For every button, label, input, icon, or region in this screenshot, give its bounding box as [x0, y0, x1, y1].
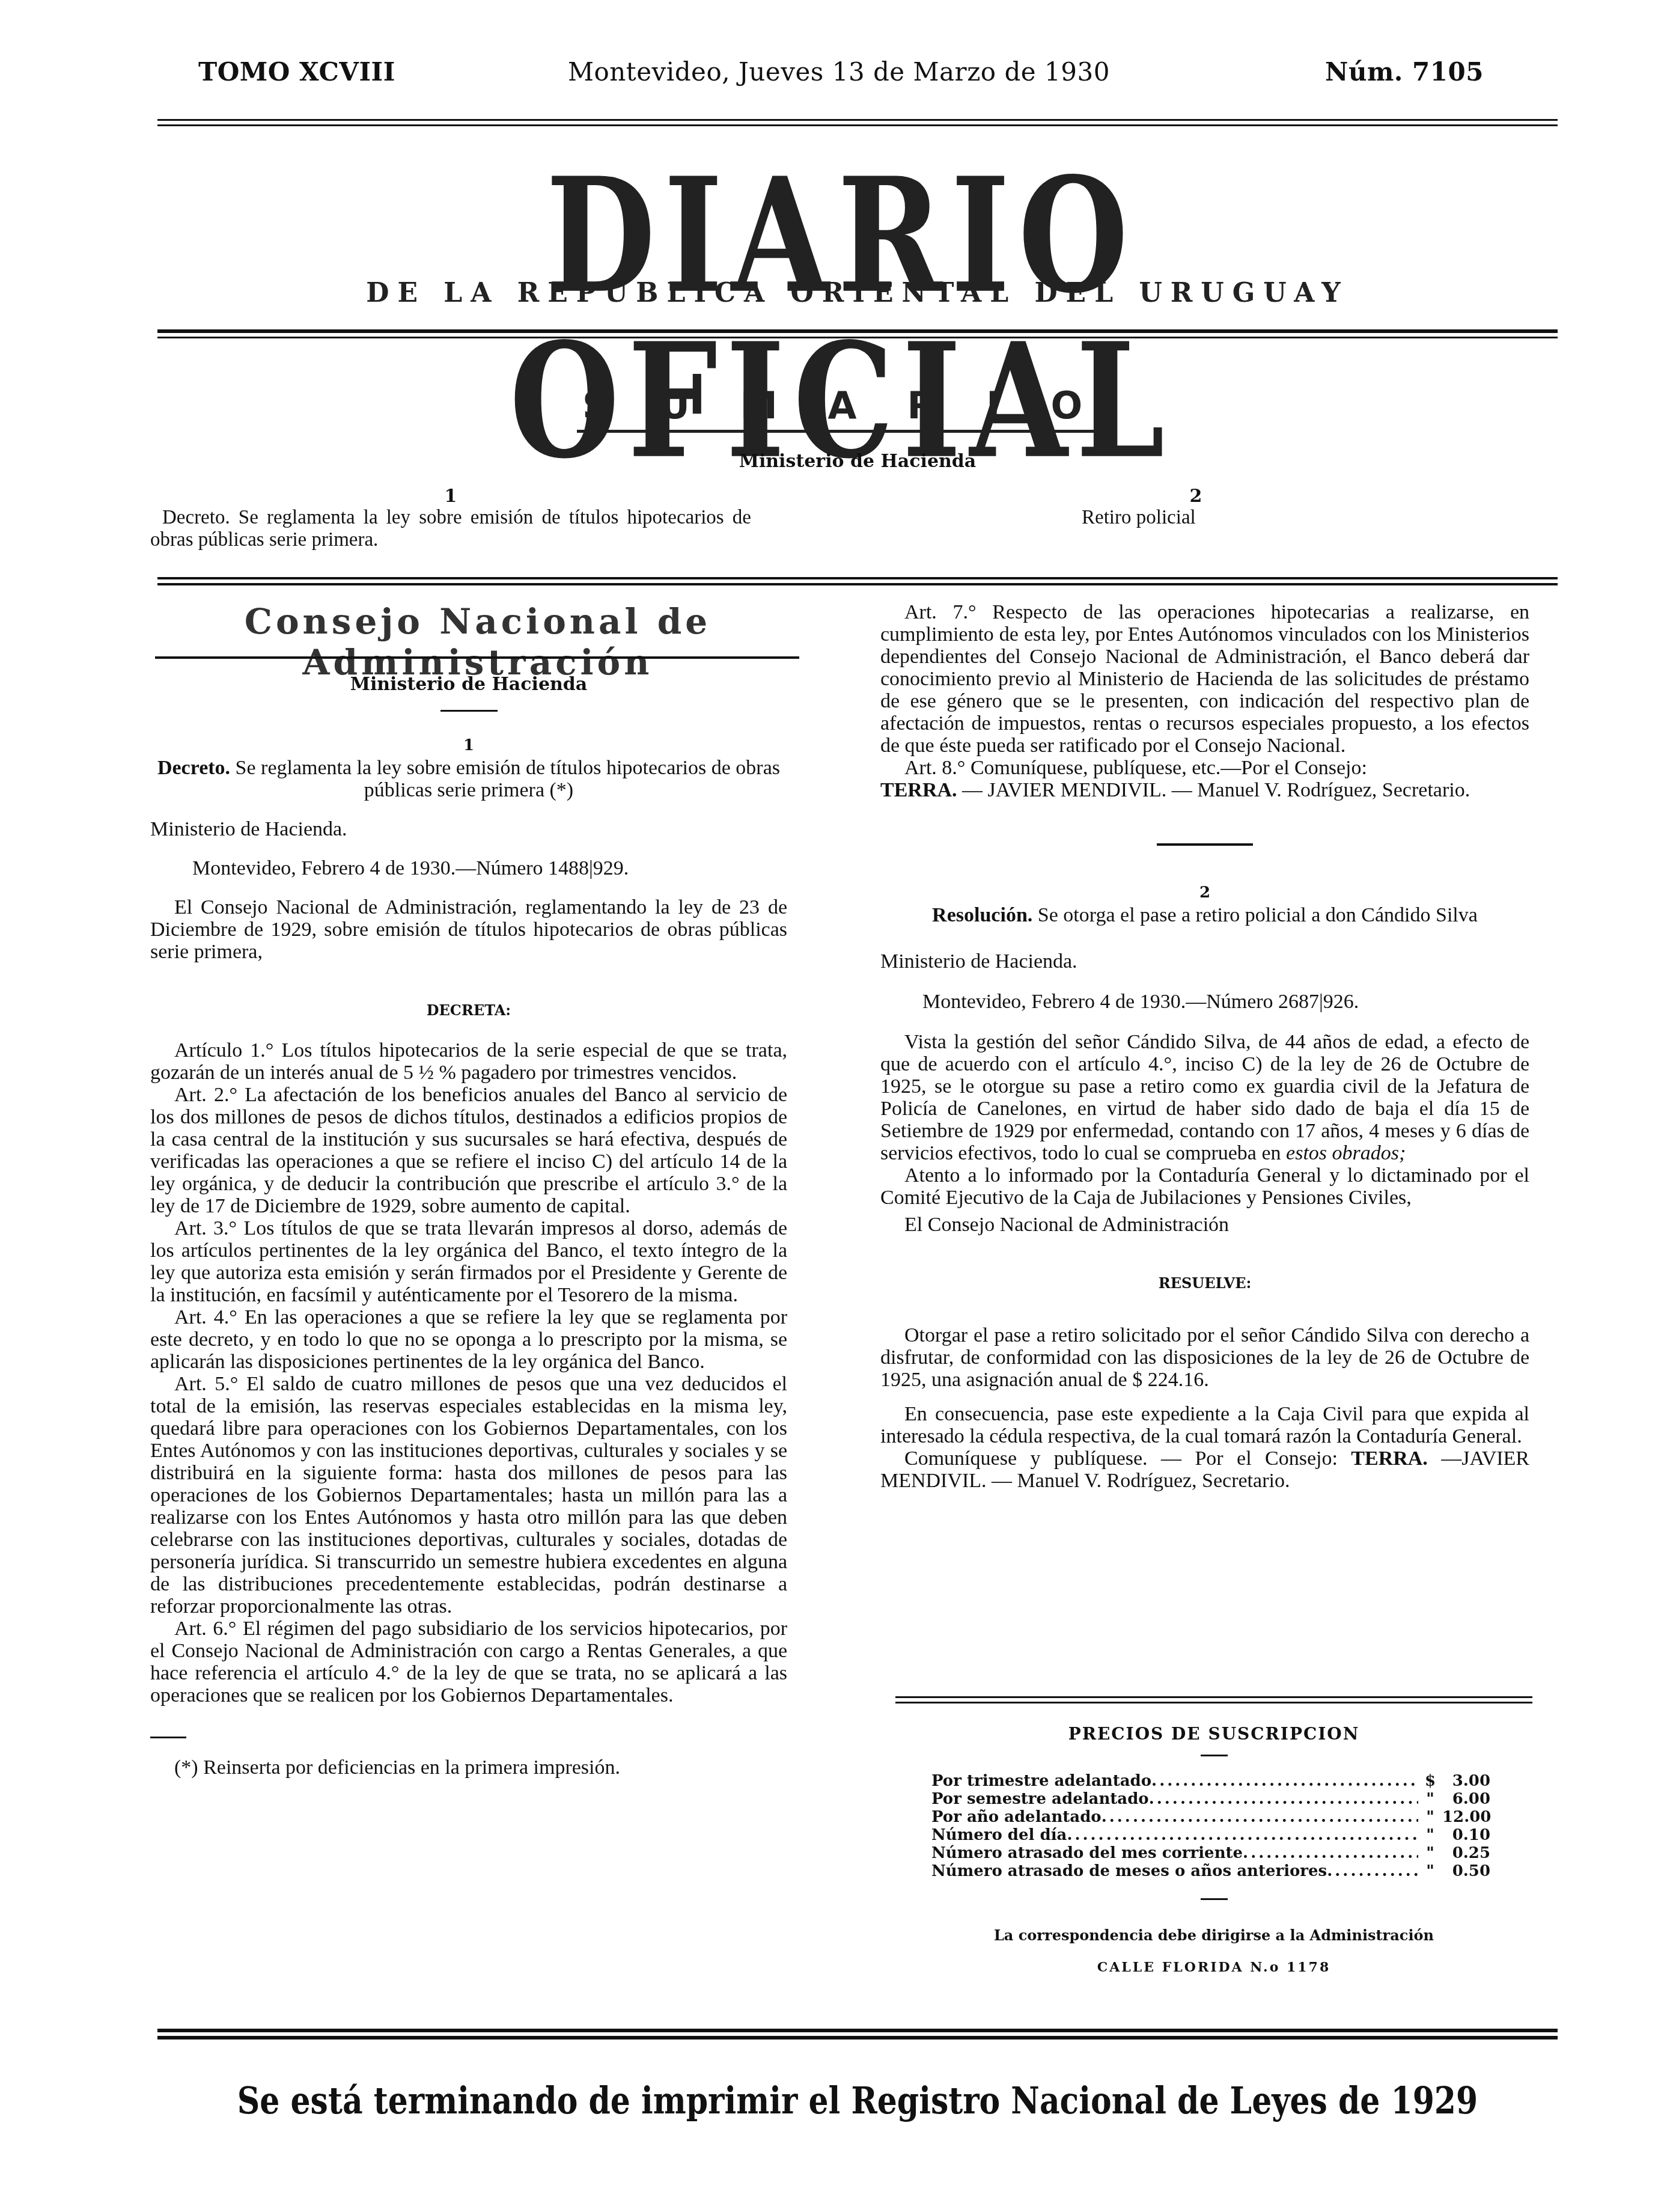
- leader-dots: ........................................…: [1149, 1790, 1418, 1808]
- resuelve-heading: RESUELVE:: [880, 1272, 1529, 1294]
- sumario-rule: [577, 430, 1109, 433]
- price-value: 0.50: [1442, 1862, 1490, 1880]
- price-row: Número atrasado de meses o años anterior…: [931, 1862, 1490, 1880]
- leader-dots: ........................................…: [1067, 1826, 1418, 1844]
- price-label: Por semestre adelantado: [931, 1790, 1149, 1808]
- article: Art. 3.° Los títulos de que se trata lle…: [150, 1217, 787, 1306]
- article: Art. 7.° Respecto de las operaciones hip…: [880, 601, 1529, 757]
- price-row: Por semestre adelantado ................…: [931, 1790, 1490, 1808]
- article: Art. 8.° Comuníquese, publíquese, etc.—P…: [880, 757, 1529, 779]
- decree-label: Decreto.: [157, 757, 230, 779]
- price-label: Número atrasado del mes corriente: [931, 1844, 1243, 1862]
- ministry-line: Ministerio de Hacienda.: [880, 950, 1529, 973]
- right-column: Art. 7.° Respecto de las operaciones hip…: [880, 601, 1529, 1492]
- resolution-title-text: Se otorga el pase a retiro policial a do…: [1038, 904, 1478, 926]
- sumario-ministry: Ministerio de Hacienda: [157, 451, 1558, 472]
- price-currency: $: [1418, 1772, 1442, 1790]
- ministry-line: Ministerio de Hacienda.: [150, 818, 787, 840]
- price-value: 12.00: [1442, 1808, 1490, 1826]
- leader-dots: ........................................…: [1243, 1844, 1418, 1862]
- item-number: 2: [880, 882, 1529, 904]
- sumario-item-number: 1: [150, 486, 751, 507]
- section-title-rule: [155, 656, 799, 659]
- price-value: 3.00: [1442, 1772, 1490, 1790]
- price-value: 0.25: [1442, 1844, 1490, 1862]
- signature-terra: TERRA.: [1351, 1447, 1428, 1470]
- issue-date: Montevideo, Jueves 13 de Marzo de 1930: [568, 57, 1110, 87]
- price-table: Por trimestre adelantado ...............…: [895, 1772, 1532, 1880]
- footer-banner: Se está terminando de imprimir el Regist…: [157, 2079, 1558, 2123]
- volume-label: TOMO XCVIII: [198, 57, 395, 87]
- divider: [440, 710, 498, 712]
- footnote: (*) Reinserta por deficiencias en la pri…: [150, 1756, 787, 1779]
- sumario-item-1[interactable]: 1 Decreto. Se reglamenta la ley sobre em…: [150, 486, 751, 551]
- resolution-title: Resolución. Se otorga el pase a retiro p…: [880, 904, 1529, 926]
- leader-dots: ........................................…: [1151, 1772, 1418, 1790]
- leader-dots: ........................................…: [1102, 1808, 1418, 1826]
- decree-title: Decreto. Se reglamenta la ley sobre emis…: [150, 757, 787, 801]
- vista-text: Vista la gestión del señor Cándido Silva…: [880, 1031, 1529, 1164]
- signature-terra: TERRA.: [880, 779, 957, 801]
- correspondence-note: La correspondencia debe dirigirse a la A…: [895, 1926, 1532, 1944]
- article: Art. 6.° El régimen del pago subsidiario…: [150, 1618, 787, 1706]
- decree-title-text: Se reglamenta la ley sobre emisión de tí…: [236, 757, 780, 801]
- leader-dots: ........................................…: [1327, 1862, 1418, 1880]
- issue-number: Núm. 7105: [1325, 57, 1484, 87]
- header-line: TOMO XCVIII Montevideo, Jueves 13 de Mar…: [0, 57, 1673, 111]
- section-rule: [157, 577, 1558, 589]
- signature-rest: — JAVIER MENDIVIL. — Manuel V. Rodríguez…: [962, 779, 1470, 801]
- footnote-rule: [150, 1737, 186, 1738]
- preamble: El Consejo Nacional de Administración, r…: [150, 896, 787, 963]
- articles-list: Artículo 1.° Los títulos hipotecarios de…: [150, 1039, 787, 1706]
- sumario-item-2[interactable]: 2 Retiro policial: [1082, 486, 1310, 529]
- sumario-item-text: Retiro policial: [1082, 507, 1310, 529]
- article: Art. 4.° En las operaciones a que se ref…: [150, 1306, 787, 1373]
- resolution-label: Resolución.: [932, 904, 1032, 926]
- masthead-subtitle: DE LA REPUBLICA ORIENTAL DEL URUGUAY: [157, 278, 1558, 308]
- header-rule: [157, 119, 1558, 130]
- date-line: Montevideo, Febrero 4 de 1930.—Número 14…: [150, 857, 787, 879]
- vista-italic: estos obrados;: [1286, 1142, 1406, 1164]
- subscription-prices: PRECIOS DE SUSCRIPCION Por trimestre ade…: [895, 1724, 1532, 1975]
- section-title: Consejo Nacional de Administración: [159, 601, 796, 683]
- price-label: Por año adelantado: [931, 1808, 1102, 1826]
- sumario-item-text: Decreto. Se reglamenta la ley sobre emis…: [150, 507, 751, 551]
- prices-title: PRECIOS DE SUSCRIPCION: [895, 1724, 1532, 1744]
- sumario-title: SUMARIO: [157, 383, 1558, 427]
- atento-paragraph: Atento a lo informado por la Contaduría …: [880, 1164, 1529, 1209]
- price-label: Número atrasado de meses o años anterior…: [931, 1862, 1327, 1880]
- price-value: 0.10: [1442, 1826, 1490, 1844]
- masthead-rule: [157, 329, 1558, 342]
- sumario-item-number: 2: [1082, 486, 1310, 507]
- price-row: Número atrasado del mes corriente ......…: [931, 1844, 1490, 1862]
- divider: [1157, 843, 1253, 846]
- price-label: Número del día: [931, 1826, 1067, 1844]
- prices-rule: [895, 1696, 1532, 1707]
- price-currency: ": [1418, 1862, 1442, 1880]
- consecuencia-paragraph: En consecuencia, pase este expediente a …: [880, 1403, 1529, 1447]
- divider: [1201, 1898, 1228, 1900]
- signatures: TERRA. — JAVIER MENDIVIL. — Manuel V. Ro…: [880, 779, 1529, 801]
- article: Art. 5.° El saldo de cuatro millones de …: [150, 1373, 787, 1618]
- otorgar-paragraph: Otorgar el pase a retiro solicitado por …: [880, 1324, 1529, 1391]
- vista-paragraph: Vista la gestión del señor Cándido Silva…: [880, 1031, 1529, 1164]
- consejo-line: El Consejo Nacional de Administración: [880, 1214, 1529, 1236]
- price-value: 6.00: [1442, 1790, 1490, 1808]
- closing: Comuníquese y publíquese. — Por el Conse…: [880, 1447, 1529, 1492]
- price-row: Por trimestre adelantado ...............…: [931, 1772, 1490, 1790]
- admin-address: CALLE FLORIDA N.o 1178: [895, 1960, 1532, 1975]
- article: Artículo 1.° Los títulos hipotecarios de…: [150, 1039, 787, 1084]
- price-currency: ": [1418, 1808, 1442, 1826]
- price-label: Por trimestre adelantado: [931, 1772, 1151, 1790]
- left-column: Ministerio de Hacienda 1 Decreto. Se reg…: [150, 673, 787, 1779]
- price-row: Por año adelantado .....................…: [931, 1808, 1490, 1826]
- price-row: Número del día .........................…: [931, 1826, 1490, 1844]
- date-line: Montevideo, Febrero 4 de 1930.—Número 26…: [880, 991, 1529, 1013]
- divider: [1201, 1755, 1228, 1756]
- footer-rule: [157, 2029, 1558, 2043]
- item-number: 1: [150, 735, 787, 757]
- price-currency: ": [1418, 1844, 1442, 1862]
- decreta-heading: DECRETA:: [150, 999, 787, 1021]
- price-currency: ": [1418, 1826, 1442, 1844]
- ministry-heading: Ministerio de Hacienda: [150, 673, 787, 695]
- price-currency: ": [1418, 1790, 1442, 1808]
- comuniquese-text: Comuníquese y publíquese. — Por el Conse…: [904, 1447, 1338, 1470]
- article: Art. 2.° La afectación de los beneficios…: [150, 1084, 787, 1217]
- masthead-title: DIARIO OFICIAL: [192, 153, 1490, 484]
